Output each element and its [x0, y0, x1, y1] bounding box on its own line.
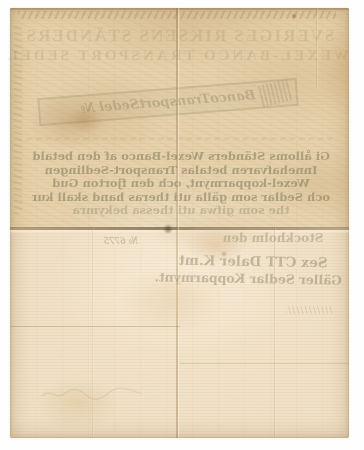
showthrough-script-squiggle: ~~~~~~~~~~~~~~~~~~~~~~~~~~~~~~~~~~~~~~~~… [24, 134, 334, 145]
vertical-fold-center [176, 8, 178, 438]
paragraph-line: the som gifwa uti thessa bekymra [32, 204, 330, 218]
showthrough-denomination-line2: Gäller Sedlar Kopparmynt. [158, 269, 342, 287]
horizontal-fold-crease [10, 227, 349, 230]
right-edge-hatch-mark [286, 306, 332, 314]
paragraph-line: Innehafvaren betalas Transport-Sedlingen [32, 164, 330, 178]
faint-crease-right [180, 363, 349, 364]
vertical-fold-top-right [316, 8, 317, 88]
banknote-paper: SVERIGES RIKSENS STÄNDERS WEXEL-BANCO TR… [10, 8, 349, 438]
paragraph-line: Gi ålloms Ständers Wexel-Banco af den be… [32, 150, 330, 164]
paragraph-line: Wexel-kopparmynt, och den fjorton Gud [32, 177, 330, 191]
signature-showthrough [38, 380, 148, 406]
faint-crease-left [10, 326, 180, 327]
showthrough-place-line: Stockholm den [208, 231, 338, 245]
paragraph-line: och Sedlar som gälla uti theras hand ska… [32, 191, 330, 205]
vertical-fold-right [274, 227, 275, 438]
showthrough-title-line2: WEXEL-BANCO TRANSPORT SEDEL [10, 48, 349, 65]
showthrough-paragraph: Gi ålloms Ständers Wexel-Banco af den be… [32, 150, 330, 218]
vertical-fold-left [92, 227, 93, 438]
showthrough-denomination-line1: Sex CTT Daler K.mt [168, 253, 338, 272]
showthrough-title-line1: SVERIGES RIKSENS STÄNDERS [10, 26, 349, 46]
photo-background: SVERIGES RIKSENS STÄNDERS WEXEL-BANCO TR… [0, 0, 364, 450]
showthrough-serial-number: № 6775 [82, 235, 160, 247]
deckle-top-edge [10, 8, 349, 10]
